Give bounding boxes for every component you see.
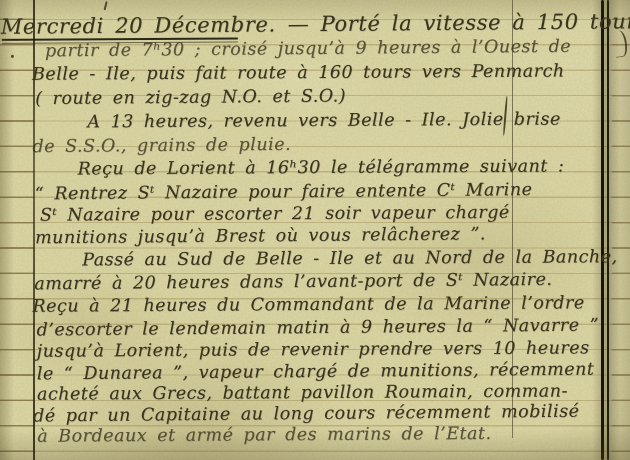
entry-line-3: Belle - Ile, puis fait route à 160 tours… bbox=[32, 61, 565, 84]
logbook-page: Mercredi 20 Décembre.— Porté la vitesse … bbox=[0, 0, 630, 460]
entry-line-11: Passé au Sud de Belle - Ile et au Nord d… bbox=[82, 247, 618, 270]
handwritten-entry: Mercredi 20 Décembre.— Porté la vitesse … bbox=[0, 0, 630, 460]
entry-line-7: Reçu de Lorient à 16ʰ30 le télégramme su… bbox=[78, 156, 565, 179]
ink-stray-descender bbox=[104, 1, 108, 10]
date-heading: Mercredi 20 Décembre. bbox=[1, 12, 276, 38]
entry-line-4: ( route en zig-zag N.O. et S.O.) bbox=[35, 86, 346, 109]
entry-line-6: de S.S.O., grains de pluie. bbox=[32, 135, 291, 157]
entry-line-5: A 13 heures, revenu vers Belle - Ile. Jo… bbox=[87, 109, 561, 132]
ink-dot bbox=[11, 55, 14, 58]
entry-line-15: jusqu’à Lorient, puis de revenir prendre… bbox=[37, 338, 590, 361]
next-page-ink-fragment bbox=[612, 29, 629, 58]
entry-line-12: amarré à 20 heures dans l’avant-port de … bbox=[34, 270, 552, 295]
entry-line-16: le “ Dunarea ”, vapeur chargé de munitio… bbox=[37, 360, 595, 385]
entry-line-9: Sᵗ Nazaire pour escorter 21 soir vapeur … bbox=[40, 203, 510, 226]
entry-line-13: Reçu à 21 heures du Commandant de la Mar… bbox=[32, 293, 584, 316]
entry-line-17: acheté aux Grecs, battant pavillon Rouma… bbox=[37, 381, 568, 404]
entry-line-19: à Bordeaux et armé par des marins de l’E… bbox=[37, 424, 491, 447]
entry-line-2: partir de 7ʰ30 ; croisé jusqu’à 9 heures… bbox=[45, 37, 571, 62]
heading-continuation: — Porté la vitesse à 150 tours à bbox=[288, 9, 630, 36]
entry-line-18: dé par un Capitaine au long cours récemm… bbox=[33, 402, 580, 427]
entry-line-1: Mercredi 20 Décembre.— Porté la vitesse … bbox=[1, 9, 630, 39]
entry-line-8: “ Rentrez Sᵗ Nazaire pour faire entente … bbox=[35, 180, 533, 204]
entry-line-10: munitions jusqu’à Brest où vous relâcher… bbox=[35, 224, 486, 248]
entry-line-14: d’escorter le lendemain matin à 9 heures… bbox=[37, 316, 600, 341]
